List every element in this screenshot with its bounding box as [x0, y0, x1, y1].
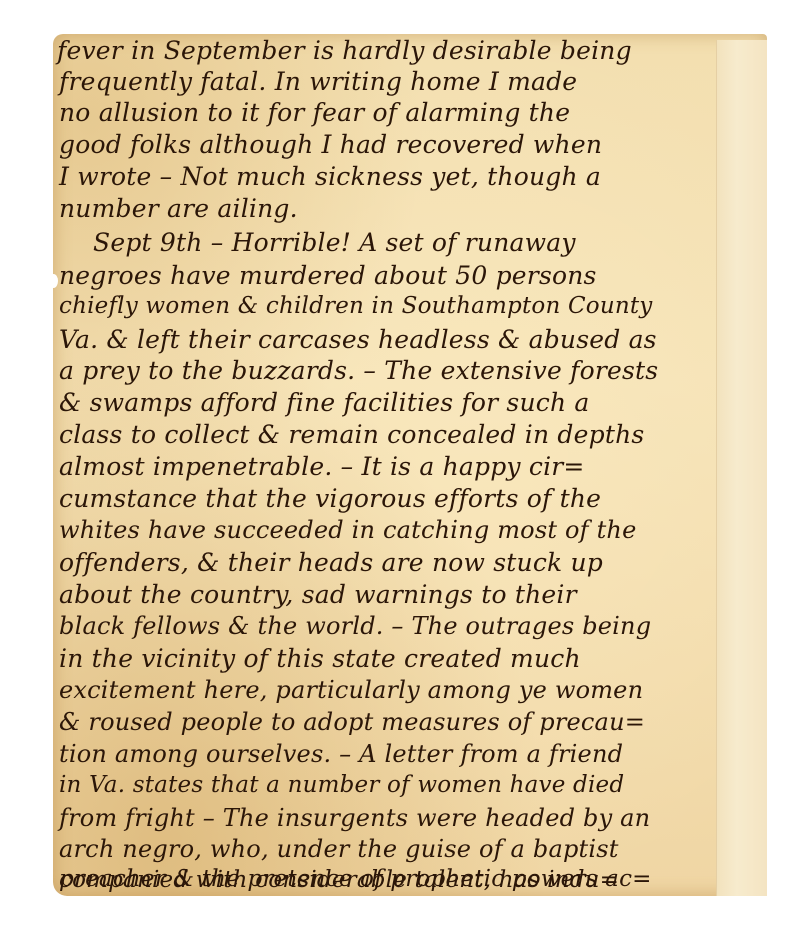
text-line: black fellows & the world. – The outrage…: [59, 612, 651, 640]
text-line: about the country, sad warnings to their: [59, 580, 577, 609]
text-line: chiefly women & children in Southampton …: [59, 293, 652, 319]
text-line: number are ailing.: [59, 194, 298, 223]
text-line: good folks although I had recovered when: [59, 130, 602, 159]
text-line: a prey to the buzzards. – The extensive …: [59, 356, 658, 385]
text-line: excitement here, particularly among ye w…: [59, 676, 643, 704]
paper-edge-notch: [49, 274, 58, 288]
text-line: offenders, & their heads are now stuck u…: [59, 548, 603, 577]
text-line: companied with considerable talent, has …: [59, 867, 619, 893]
text-line: in Va. states that a number of women hav…: [59, 772, 624, 798]
text-line: whites have succeeded in catching most o…: [59, 516, 637, 544]
manuscript-page: fever in September is hardly desirable b…: [53, 34, 767, 896]
text-line: almost impenetrable. – It is a happy cir…: [59, 452, 585, 481]
text-line: & swamps afford fine facilities for such…: [59, 388, 590, 417]
text-line: Va. & left their carcases headless & abu…: [59, 325, 657, 354]
text-line: negroes have murdered about 50 persons: [59, 261, 597, 290]
text-line: in the vicinity of this state created mu…: [59, 644, 581, 673]
entry-date-line: Sept 9th – Horrible! A set of runaway: [93, 228, 576, 257]
text-line: arch negro, who, under the guise of a ba…: [59, 835, 619, 863]
text-line: fever in September is hardly desirable b…: [57, 36, 697, 65]
text-line: class to collect & remain concealed in d…: [59, 420, 644, 449]
text-line: I wrote – Not much sickness yet, though …: [59, 162, 601, 191]
text-line: & roused people to adopt measures of pre…: [59, 708, 645, 736]
text-line: no allusion to it for fear of alarming t…: [59, 98, 570, 127]
margin-strip: [716, 40, 767, 896]
text-line: frequently fatal. In writing home I made: [59, 67, 577, 96]
text-line: tion among ourselves. – A letter from a …: [59, 740, 623, 768]
text-line: cumstance that the vigorous efforts of t…: [59, 484, 601, 513]
text-line: from fright – The insurgents were headed…: [59, 804, 650, 832]
